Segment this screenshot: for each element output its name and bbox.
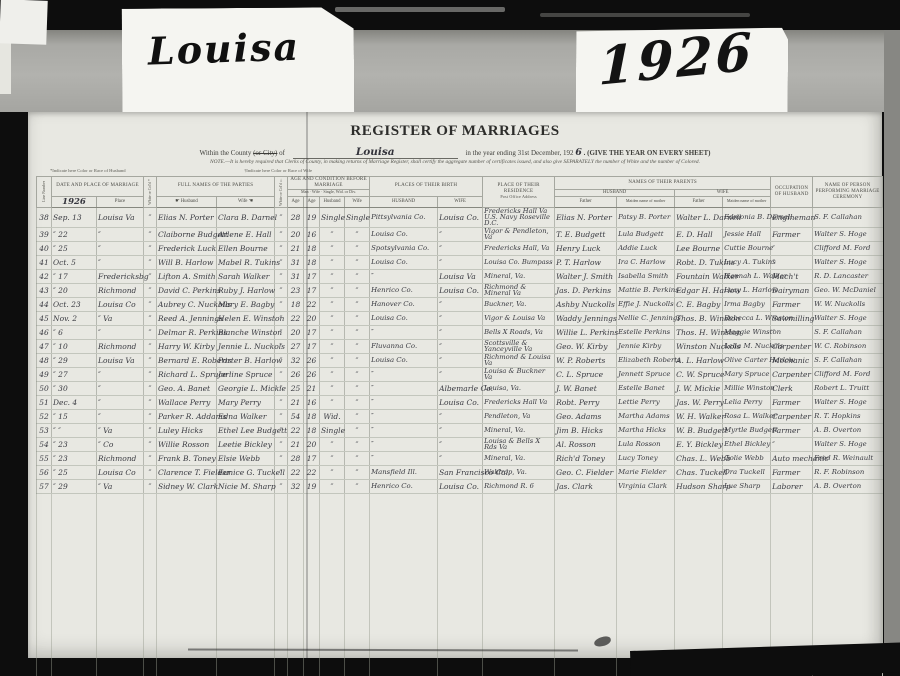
parents-husband: HUSBAND (555, 190, 675, 197)
cell-res: Vigor & Louisa Va (483, 311, 555, 325)
cell-occ: Farmer (771, 395, 813, 409)
cell-wm: Rebecca L. Winston (723, 311, 771, 325)
cell-no: 38 (37, 207, 52, 227)
cell-occ: Farmer (771, 297, 813, 311)
col-race-husband: White or Col'd * (144, 177, 157, 208)
cell-ch: ″ (320, 451, 345, 465)
cell-cw: ″ (345, 479, 370, 493)
cell-wm: Ora Tuckell (723, 465, 771, 479)
cell-bw: ″ (438, 297, 483, 311)
cell-m1: ″ (144, 207, 157, 227)
cell-res: Vigor & Pendleton, Va (483, 227, 555, 241)
cell-bw: ″ (438, 339, 483, 353)
cell-bw: ″ (438, 451, 483, 465)
cell-wf: E. Y. Bickley (675, 437, 723, 451)
cell-ch: ″ (320, 325, 345, 339)
cell-w: Leetie Bickley (217, 437, 275, 451)
cell-place: Richmond (97, 283, 144, 297)
cell-cw: ″ (345, 325, 370, 339)
cell-wm: Maggie Winston (723, 325, 771, 339)
cell-place: ″ (97, 395, 144, 409)
paper-tab (0, 0, 48, 45)
cell-ah: 28 (288, 207, 304, 227)
cell-no: 40 (37, 241, 52, 255)
cell-bw: ″ (438, 437, 483, 451)
cell-wm: Lucy A. Tukins (723, 255, 771, 269)
cell-ah: 31 (288, 269, 304, 283)
cell-no: 49 (37, 367, 52, 381)
cell-pm: Patsy B. Porter (617, 207, 675, 227)
cell-pm: Jennett Spruce (617, 367, 675, 381)
cell-bh: ″ (370, 395, 438, 409)
cell-pf: Waddy Jennings (555, 311, 617, 325)
cell-pm: Isabella Smith (617, 269, 675, 283)
cell-res: Louisa, Va. (483, 381, 555, 395)
cell-ch: ″ (320, 227, 345, 241)
cell-wf: W. B. Budgett (675, 423, 723, 437)
cell-h: Richard L. Spruce (157, 367, 217, 381)
cell-pm: Nellie C. Jennings (617, 311, 675, 325)
cell-date: ″ 23 (52, 437, 97, 451)
cell-bw: ″ (438, 255, 483, 269)
cell-pm: Martha Hicks (617, 423, 675, 437)
blank-row (37, 520, 883, 533)
cell-place: Louisa Va (97, 353, 144, 367)
cell-bh: Hanover Co. (370, 297, 438, 311)
cell-occ: Carpenter (771, 339, 813, 353)
cell-cw: Single (345, 207, 370, 227)
cell-w: Georgie L. Mickie (217, 381, 275, 395)
cell-min: S. F. Callahan (813, 353, 883, 367)
table-row: 57″ 29″ Va″Sidney W. ClarkNicie M. Sharp… (37, 479, 883, 493)
cell-date: ″ 10 (52, 339, 97, 353)
cell-occ: Mach't (771, 269, 813, 283)
cell-no: 46 (37, 325, 52, 339)
cell-ah: 21 (288, 437, 304, 451)
cell-pm: Effie J. Nuckolls (617, 297, 675, 311)
cell-pf: Walter J. Smith (555, 269, 617, 283)
table-row: 41Oct. 5″″Will B. HarlowMabel R. Tukins″… (37, 255, 883, 269)
cell-bw: ″ (438, 311, 483, 325)
cell-bh: ″ (370, 409, 438, 423)
cell-wm: Ethel Bickley (723, 437, 771, 451)
cell-bh: Henrico Co. (370, 479, 438, 493)
cell-res: Louisa & Buckner Va (483, 367, 555, 381)
cell-bh: ″ (370, 451, 438, 465)
cell-wf: Edgar H. Harlow (675, 283, 723, 297)
cell-pf: Ashby Nuckolls (555, 297, 617, 311)
cell-m2: ″ (275, 367, 288, 381)
book-label-card: Louisa (122, 7, 355, 116)
cell-w: Helen E. Winston (217, 311, 275, 325)
cell-h: Aubrey C. Nuckolls (157, 297, 217, 311)
cell-wf: Lee Bourne (675, 241, 723, 255)
cell-m1: ″ (144, 297, 157, 311)
cell-pf: Geo. Adams (555, 409, 617, 423)
cell-ah: 26 (288, 367, 304, 381)
table-row: 51Dec. 4″″Wallace PerryMary Perry″2116″″… (37, 395, 883, 409)
cell-wf: Winston Nuckols (675, 339, 723, 353)
cell-occ: Carpenter (771, 409, 813, 423)
cell-res: Waldrop, Va. (483, 465, 555, 479)
cell-pf: Al. Rosson (555, 437, 617, 451)
cell-ch: ″ (320, 353, 345, 367)
cell-pf: C. L. Spruce (555, 367, 617, 381)
cell-place: ″ (97, 367, 144, 381)
cell-res: Fredericks Hall, Va (483, 241, 555, 255)
cell-occ: ″ (771, 437, 813, 451)
cell-m1: ″ (144, 283, 157, 297)
cell-pm: Estelle Banet (617, 381, 675, 395)
cell-m2: ″ (275, 283, 288, 297)
place-sub: Place (97, 196, 144, 207)
col-residence: PLACE OF THEIR RESIDENCE Post Office Add… (483, 177, 555, 208)
cell-occ: ″ (771, 241, 813, 255)
cell-bh: Pittsylvania Co. (370, 207, 438, 227)
cell-m1: ″ (144, 339, 157, 353)
cell-place: ″ Va (97, 479, 144, 493)
cell-date: Sep. 13 (52, 207, 97, 227)
cell-w: Eunice G. Tuckell (217, 465, 275, 479)
cell-h: Harry W. Kirby (157, 339, 217, 353)
cell-wf: A. L. Harlow (675, 353, 723, 367)
cell-occ: Farmer (771, 423, 813, 437)
cell-date: ″ 29 (52, 479, 97, 493)
cell-bw: Louisa Co. (438, 479, 483, 493)
cell-pm: Elizabeth Roberts (617, 353, 675, 367)
cell-min: A. B. Overton (813, 479, 883, 493)
cell-m1: ″ (144, 423, 157, 437)
cell-wf: C. W. Spruce (675, 367, 723, 381)
cell-wm: Mary Spruce (723, 367, 771, 381)
cell-place: ″ Va (97, 423, 144, 437)
scan-artifact (335, 7, 505, 12)
cell-bw: ″ (438, 367, 483, 381)
col-line-number: Line Number (37, 177, 52, 208)
cell-min: Walter S. Hoge (813, 395, 883, 409)
cell-m1: ″ (144, 437, 157, 451)
cell-min: R. T. Hopkins (813, 409, 883, 423)
cell-wf: Walter L. Darnell (675, 207, 723, 227)
blank-row (37, 493, 883, 507)
cell-occ: Laborer (771, 479, 813, 493)
cell-pf: Robt. Perry (555, 395, 617, 409)
table-row: 40″ 25″″Frederick LuckEllen Bourne″2118″… (37, 241, 883, 255)
father-wife: Father (675, 196, 723, 207)
paper-sliver (0, 38, 11, 94)
or-city-struck: (or City) (253, 149, 277, 157)
cell-bh: ″ (370, 367, 438, 381)
cell-pm: Lucy Toney (617, 451, 675, 465)
cell-cw: ″ (345, 451, 370, 465)
cell-h: Sidney W. Clark (157, 479, 217, 493)
cell-bh: ″ (370, 269, 438, 283)
table-row: 56″ 25Louisa Co″Clarence T. FielderEunic… (37, 465, 883, 479)
col-parents: NAMES OF THEIR PARENTS (555, 177, 771, 190)
cell-h: Luley Hicks (157, 423, 217, 437)
cell-place: ″ (97, 255, 144, 269)
cell-no: 52 (37, 409, 52, 423)
cell-bh: Louisa Co. (370, 311, 438, 325)
cell-res: Mineral, Va. (483, 423, 555, 437)
cell-date: ″ 30 (52, 381, 97, 395)
table-row: 52″ 15″″Parker R. AddamsEdna Walker″5418… (37, 409, 883, 423)
col-age-condition: AGE AND CONDITION BEFORE MARRIAGE (288, 177, 370, 190)
cell-m2: ″ (275, 479, 288, 493)
cell-ah: 21 (288, 395, 304, 409)
cell-w: Ruby J. Harlow (217, 283, 275, 297)
cell-bw: San Francisco Cal. (438, 465, 483, 479)
cell-w: Ethel Lee Budgett (217, 423, 275, 437)
cell-pm: Lula Rosson (617, 437, 675, 451)
cell-cw: ″ (345, 465, 370, 479)
cell-m1: ″ (144, 367, 157, 381)
scanner-edge (884, 30, 900, 652)
cell-w: Elsie Webb (217, 451, 275, 465)
age-condition-sub: Man · Wife · Single, Wid. or Div. (288, 190, 370, 197)
cell-occ: Carpenter (771, 367, 813, 381)
page-title: REGISTER OF MARRIAGES (28, 123, 882, 140)
cell-ah: 32 (288, 479, 304, 493)
cell-place: ″ Co (97, 437, 144, 451)
cell-pf: Jim B. Hicks (555, 423, 617, 437)
blank-row (37, 572, 883, 585)
cell-cw: ″ (345, 423, 370, 437)
cell-res: Richmond & Mineral Va (483, 283, 555, 297)
cell-cw: ″ (345, 395, 370, 409)
cell-h: Elias N. Porter (157, 207, 217, 227)
cell-m1: ″ (144, 311, 157, 325)
cell-place: Richmond (97, 339, 144, 353)
cell-h: Clarence T. Fielder (157, 465, 217, 479)
cell-ah: 22 (288, 423, 304, 437)
cell-ah: 20 (288, 325, 304, 339)
cell-w: Blanche Winston (217, 325, 275, 339)
scanned-register-page: Louisa 1926 REGISTER OF MARRIAGES Within… (0, 0, 900, 676)
cell-bh: Louisa Co. (370, 255, 438, 269)
cell-w: Mary E. Bagby (217, 297, 275, 311)
cell-bw: ″ (438, 353, 483, 367)
cell-cw: ″ (345, 437, 370, 451)
cell-bh: Spotsylvania Co. (370, 241, 438, 255)
cell-m1: ″ (144, 353, 157, 367)
col-race-wife: White or Col'd † (275, 177, 288, 208)
cell-m1: ″ (144, 479, 157, 493)
cell-w: Arlene E. Hall (217, 227, 275, 241)
cell-bh: Fluvanna Co. (370, 339, 438, 353)
marriage-register-table: Line Number DATE AND PLACE OF MARRIAGE W… (36, 176, 883, 676)
table-header: Line Number DATE AND PLACE OF MARRIAGE W… (37, 177, 883, 208)
cell-date: ″ 29 (52, 353, 97, 367)
cell-wm: Rosa L. Walker (723, 409, 771, 423)
cell-bw: ″ (438, 227, 483, 241)
cell-m1: ″ (144, 381, 157, 395)
cell-pm: Addie Luck (617, 241, 675, 255)
cell-pm: Virginia Clark (617, 479, 675, 493)
cell-pm: Jennie Kirby (617, 339, 675, 353)
cell-ch: ″ (320, 479, 345, 493)
cell-pm: Ira C. Harlow (617, 255, 675, 269)
cell-m1: ″ (144, 395, 157, 409)
cell-wm: Olive Carter Harlow (723, 353, 771, 367)
cell-cw: ″ (345, 283, 370, 297)
cell-occ: Sawmilling (771, 311, 813, 325)
cell-date: ″ 6 (52, 325, 97, 339)
cell-wf: Hudson Sharp (675, 479, 723, 493)
cell-min: A. B. Overton (813, 423, 883, 437)
cell-wm: Myrtle Budgett (723, 423, 771, 437)
cell-cw: ″ (345, 241, 370, 255)
blank-row (37, 598, 883, 611)
cell-pm: Martha Adams (617, 409, 675, 423)
cell-wf: Robt. D. Tukins (675, 255, 723, 269)
cell-ah: 25 (288, 381, 304, 395)
table-row: 53″ ″″ Va″Luley HicksEthel Lee Budgett″2… (37, 423, 883, 437)
cell-place: Richmond (97, 451, 144, 465)
cell-pm: Mattie B. Perkins (617, 283, 675, 297)
cell-res: Richmond R. 6 (483, 479, 555, 493)
cell-wf: C. E. Bagby (675, 297, 723, 311)
age-husband: Age (288, 196, 304, 207)
cell-no: 57 (37, 479, 52, 493)
cell-wm: Jessie Hall (723, 227, 771, 241)
cell-res: Fredericks Hall Va U.S. Navy Roseville D… (483, 207, 555, 227)
cell-wm: Irma Bagby (723, 297, 771, 311)
cell-cw: ″ (345, 339, 370, 353)
cell-pf: T. E. Budgett (555, 227, 617, 241)
cell-ch: ″ (320, 395, 345, 409)
cell-h: Willie Rosson (157, 437, 217, 451)
cell-no: 43 (37, 283, 52, 297)
cell-occ: Farmer (771, 465, 813, 479)
cell-cw: ″ (345, 269, 370, 283)
cell-no: 45 (37, 311, 52, 325)
cell-m1: ″ (144, 409, 157, 423)
cell-h: Will B. Harlow (157, 255, 217, 269)
cell-w: Clara B. Darnel (217, 207, 275, 227)
cell-min: Fred R. Weinault (813, 451, 883, 465)
husband-sub: ☛ Husband (157, 196, 217, 207)
cell-pm: Lettie Perry (617, 395, 675, 409)
cond-wife: Wife (345, 196, 370, 207)
col-date-place: DATE AND PLACE OF MARRIAGE (52, 177, 144, 197)
within-of: of (279, 149, 285, 157)
cell-min: Robert L. Truitt (813, 381, 883, 395)
blank-row (37, 585, 883, 598)
cell-ah: 31 (288, 255, 304, 269)
cell-pf: W. P. Roberts (555, 353, 617, 367)
cell-date: ″ 25 (52, 465, 97, 479)
cell-pf: Rich'd Toney (555, 451, 617, 465)
cell-m1: ″ (144, 255, 157, 269)
cell-m1: ″ (144, 451, 157, 465)
cell-date: ″ 27 (52, 367, 97, 381)
cell-occ: ″ (771, 255, 813, 269)
cell-pf: Willie L. Perkins (555, 325, 617, 339)
cell-min: Clifford M. Ford (813, 241, 883, 255)
cell-ch: ″ (320, 297, 345, 311)
cell-bh: ″ (370, 325, 438, 339)
cell-place: Fredericksbg (97, 269, 144, 283)
cell-ah: 32 (288, 353, 304, 367)
father-husband: Father (555, 196, 617, 207)
cell-bh: Louisa Co. (370, 227, 438, 241)
cell-bh: Louisa Co. (370, 353, 438, 367)
cell-ch: ″ (320, 283, 345, 297)
cell-date: ″ 20 (52, 283, 97, 297)
cell-cw: ″ (345, 227, 370, 241)
cell-cw: ″ (345, 381, 370, 395)
cell-m2: ″ (275, 409, 288, 423)
cell-wm: Edmonia B. Darnell (723, 207, 771, 227)
cell-wf: Chas. Tuckell (675, 465, 723, 479)
table-row: 42″ 17Fredericksbg″Lifton A. SmithSarah … (37, 269, 883, 283)
cell-w: Edna Walker (217, 409, 275, 423)
cell-ch: ″ (320, 437, 345, 451)
cell-w: Jerline Spruce (217, 367, 275, 381)
cell-pf: P. T. Harlow (555, 255, 617, 269)
cell-min: Walter S. Hoge (813, 311, 883, 325)
table-row: 46″ 6″″Delmar R. PerkinsBlanche Winston″… (37, 325, 883, 339)
table-body: 38Sep. 13Louisa Va″Elias N. PorterClara … (37, 207, 883, 676)
cell-w: Nicie M. Sharp (217, 479, 275, 493)
cell-date: ″ 22 (52, 227, 97, 241)
table-row: 47″ 10Richmond″Harry W. KirbyJennie L. N… (37, 339, 883, 353)
col-occupation: OCCUPATION OF HUSBAND (771, 177, 813, 208)
cell-date: ″ 23 (52, 451, 97, 465)
cell-date: Oct. 5 (52, 255, 97, 269)
cell-bw: ″ (438, 325, 483, 339)
cell-pf: Geo. C. Fielder (555, 465, 617, 479)
cell-min: Clifford M. Ford (813, 367, 883, 381)
scan-artifact (540, 13, 750, 17)
cell-ah: 54 (288, 409, 304, 423)
cell-ah: 20 (288, 227, 304, 241)
cell-m1: ″ (144, 227, 157, 241)
cell-pf: Elias N. Porter (555, 207, 617, 227)
cell-date: Oct. 23 (52, 297, 97, 311)
cell-h: Wallace Perry (157, 395, 217, 409)
cell-res: Louisa Co. Bumpass (483, 255, 555, 269)
cell-ch: ″ (320, 339, 345, 353)
birth-husband: HUSBAND (370, 196, 438, 207)
blank-row (37, 507, 883, 520)
table-row: 43″ 20Richmond″David C. PerkinsRuby J. H… (37, 283, 883, 297)
cell-h: Claiborne Budgett (157, 227, 217, 241)
cell-ch: ″ (320, 269, 345, 283)
cell-place: ″ (97, 409, 144, 423)
col-birth: PLACES OF THEIR BIRTH (370, 177, 483, 197)
cell-min: Walter S. Hoge (813, 255, 883, 269)
cell-bh: Mansfield Ill. (370, 465, 438, 479)
cell-cw: ″ (345, 367, 370, 381)
cell-cw: ″ (345, 353, 370, 367)
cell-bw: ″ (438, 409, 483, 423)
cell-place: ″ (97, 241, 144, 255)
cell-ch: ″ (320, 381, 345, 395)
register-sheet: REGISTER OF MARRIAGES Within the County … (28, 112, 882, 658)
cell-wf: E. D. Hall (675, 227, 723, 241)
cell-pf: Geo. W. Kirby (555, 339, 617, 353)
cell-cw: ″ (345, 255, 370, 269)
birth-wife: WIFE (438, 196, 483, 207)
within-county-line: Within the County (or City) of Louisa in… (28, 145, 882, 158)
cell-h: Frank B. Toney (157, 451, 217, 465)
cell-bw: ″ (438, 423, 483, 437)
cell-pf: J. W. Banet (555, 381, 617, 395)
cell-bw: Louisa Co. (438, 283, 483, 297)
note-line: NOTE.—It is hereby required that Clerks … (28, 159, 882, 165)
